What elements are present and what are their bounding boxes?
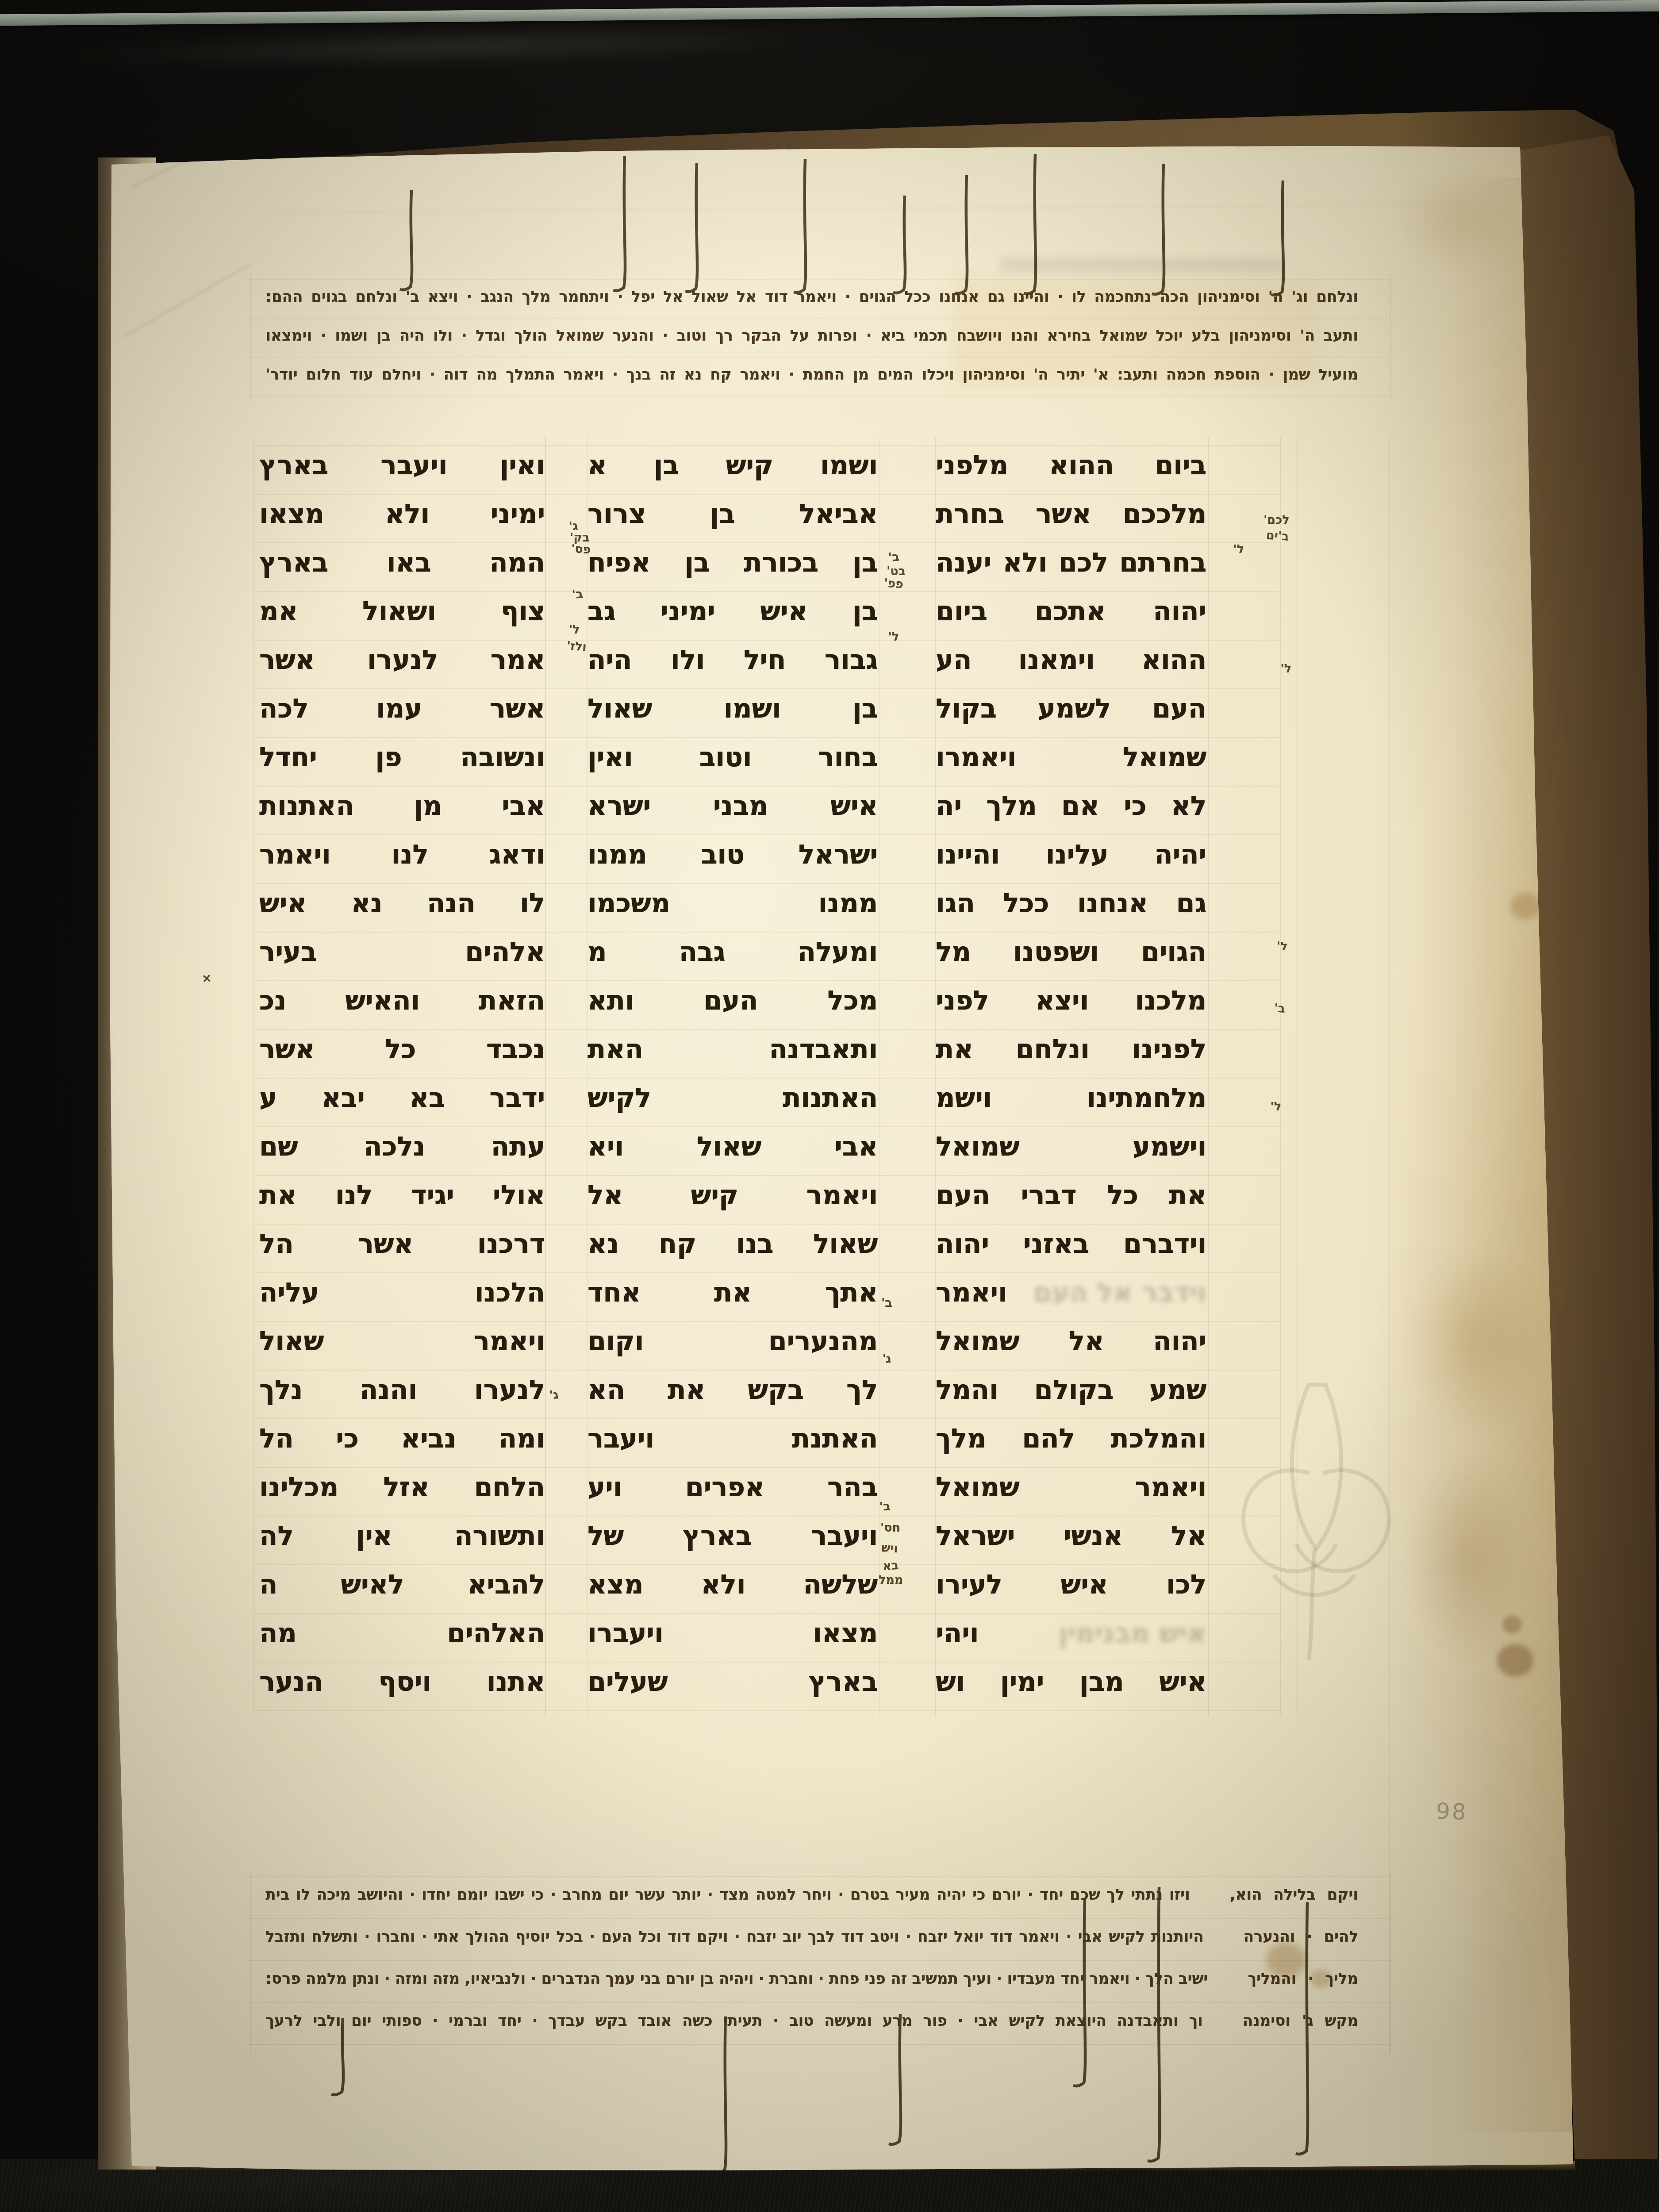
text-line: וידברםבאזנייהוה (936, 1222, 1206, 1271)
text-line: ההואוימאנוהע (936, 638, 1206, 687)
masorah-parva-gutter-right: ג' (882, 1352, 891, 1365)
masorah-parva-right-margin: ל' (1270, 1100, 1282, 1113)
manuscript-page: ונלחםוג'ה'וסימניהוןהכהנתחכמהלו·והיינוגםא… (0, 0, 1659, 2212)
text-line: והמלכתלהםמלך (936, 1417, 1206, 1465)
text-line: אבימןהאתנות (259, 784, 545, 833)
text-line: הגויםושפטנומל (936, 930, 1206, 979)
masorah-bottom-line: מקשג'וסימנהוךותאבדנההיוצאתלקישאבי·פורמרע… (265, 2004, 1358, 2046)
text-line: המהבאובארץ (259, 541, 545, 589)
text-line: צוףושאולאמ (259, 589, 545, 638)
text-line: מלככםאשרבחרת (936, 492, 1206, 541)
text-line: ויאמרקישאל (588, 1173, 878, 1222)
masorah-parva-left-margin: × (201, 972, 212, 985)
text-line: ימיניולאמצאו (259, 492, 545, 541)
text-line: שלשהולאמצא (588, 1563, 878, 1611)
text-line: ותאבדנההאת (588, 1027, 878, 1076)
text-line: ויעברבארץשל (588, 1514, 878, 1563)
text-line: יהוהאתכםביום (936, 589, 1206, 638)
masorah-parva-right-margin: ב'ים (1266, 529, 1289, 543)
masorah-parva-right-margin: ל' (1233, 543, 1244, 556)
text-line: מכלהעםותא (588, 979, 878, 1027)
text-line: וידבר אל העםויאמר (936, 1271, 1206, 1319)
text-line: אישמבןימיןוש (936, 1660, 1206, 1709)
masorah-parva-gutter-right: ב' (888, 551, 900, 564)
masorah-parva-right-margin: ב' (1274, 1002, 1286, 1015)
text-line: בןאישימיניגב (588, 589, 878, 638)
text-line: האלהיםמה (259, 1611, 545, 1660)
text-line: בארץשעלים (588, 1660, 878, 1709)
masorah-parva-right-margin: ל' (1280, 662, 1292, 675)
text-line: אלהיםבעיר (259, 930, 545, 979)
text-line: שמואלויאמרו (936, 735, 1206, 784)
text-line: אשרעמולכה (259, 687, 545, 735)
masorah-bottom-line: להים·והנערההיותנותלקישאבי·ויאמרדודיואליז… (265, 1920, 1358, 1962)
text-line: אתךאתאחד (588, 1271, 878, 1319)
text-line: איש מבנימיןויהי (936, 1611, 1206, 1660)
text-line: דרכנואשרהל (259, 1222, 545, 1271)
text-line: ממנומשכמו (588, 881, 878, 930)
text-line: האתנתויעבר (588, 1417, 878, 1465)
text-line: הזאתוהאישנכ (259, 979, 545, 1027)
masorah-segment-right: להים·והנערה (1244, 1920, 1358, 1962)
text-line: מועילשמן·הוספתחכמהותעב:א'יתירה'וסימניהון… (265, 358, 1358, 397)
masorah-bottom-line: מליך·והמליךישיבהלך·ויאמריחדמעבדיו·ועיךתמ… (265, 1962, 1358, 2004)
text-line: יהיהעלינווהיינו (936, 833, 1206, 881)
text-line: אמרלנערואשר (259, 638, 545, 687)
text-line: אתכלדבריהעם (936, 1173, 1206, 1222)
masorah-parva-gutter-left: ל' (569, 624, 580, 636)
masorah-segment-right: ויקםבלילההוא, (1230, 1878, 1358, 1920)
masorah-parva-right-margin: ל' (1277, 941, 1288, 952)
text-line: לךבקשאתהא (588, 1368, 878, 1417)
text-line: אלאנשיישראל (936, 1514, 1206, 1563)
masorah-parva-gutter-right: ל' (888, 630, 899, 643)
text-column-left: ואיןויעברבארץימיניולאמצאוהמהבאובארץצוףוש… (259, 443, 545, 1709)
text-line: ביוםההואמלפני (936, 443, 1206, 492)
text-line: בןבכורתבןאפיח (588, 541, 878, 589)
text-line: אבישאולויא (588, 1125, 878, 1173)
text-column-middle: ושמוקישבןאאביאלבןצרורבןבכורתבןאפיחבןאישי… (588, 443, 878, 1709)
masorah-parva-gutter-right: ויש (881, 1542, 898, 1555)
erased-text-ghost: וידבר אל העם (1033, 1271, 1206, 1315)
text-line: לוהנהנאאיש (259, 881, 545, 930)
text-line: מלכנוויצאלפני (936, 979, 1206, 1027)
masorah-parva-gutter-left: ג' (549, 1389, 559, 1401)
text-line: אתנוויסףהנער (259, 1660, 545, 1709)
text-line: אביאלבןצרור (588, 492, 878, 541)
text-line: בחרתםלכםולאיענה (936, 541, 1206, 589)
text-line: וישמעשמואל (936, 1125, 1206, 1173)
masorah-parva-gutter-right: פפ' (883, 577, 904, 591)
text-line: להביאלאישה (259, 1563, 545, 1611)
text-line: נכבדכלאשר (259, 1027, 545, 1076)
text-line: בחורוטובואין (588, 735, 878, 784)
masorah-parva-gutter-right: בא (882, 1559, 899, 1572)
masorah-bottom-line: ויקםבלילההוא,ויזונתתילךשכםיחד·יורםכייהיה… (265, 1878, 1358, 1920)
masorah-magna-bottom: ויקםבלילההוא,ויזונתתילךשכםיחד·יורםכייהיה… (265, 1878, 1358, 2046)
text-line: ישראלטובממנו (588, 833, 878, 881)
text-line: ודאגלנוויאמר (259, 833, 545, 881)
masorah-segment-left: ישיבהלך·ויאמריחדמעבדיו·ועיךתמשיבזהפניפחת… (265, 1962, 1208, 2004)
text-line: ומעלהגבהמ (588, 930, 878, 979)
text-line: עתהנלכהשם (259, 1125, 545, 1173)
text-line: לכואישלעירו (936, 1563, 1206, 1611)
photographed-manuscript-scene: ונלחםוג'ה'וסימניהוןהכהנתחכמהלו·והיינוגםא… (0, 0, 1659, 2212)
text-line: ואיןויעברבארץ (259, 443, 545, 492)
text-line: אולייגידלנואת (259, 1173, 545, 1222)
masorah-parva-gutter-left: ולז' (566, 640, 587, 653)
masorah-segment-left: היותנותלקישאבי·ויאמרדודיואליזבח·ויטבדודל… (265, 1920, 1204, 1962)
text-line: ויאמרשמואל (936, 1465, 1206, 1514)
masorah-segment-right: מליך·והמליך (1248, 1962, 1358, 2004)
text-line: העםלשמעבקול (936, 687, 1206, 735)
text-line: ונשובהפןיחדל (259, 735, 545, 784)
text-line: מצאוויעברו (588, 1611, 878, 1660)
text-line: שמעבקולםוהמל (936, 1368, 1206, 1417)
text-column-right: ביוםההואמלפנימלככםאשרבחרתבחרתםלכםולאיענה… (936, 443, 1206, 1709)
text-line: הלחםאזלמכלינו (259, 1465, 545, 1514)
text-line: אישמבניישרא (588, 784, 878, 833)
text-line: ומהנביאכיהל (259, 1417, 545, 1465)
masorah-parva-gutter-right: ב' (881, 1297, 892, 1309)
text-line: הלכנועליה (259, 1271, 545, 1319)
masorah-parva-gutter-right: ממל (879, 1574, 903, 1586)
folio-number: 98 (1436, 1798, 1468, 1825)
text-line: ותעבה'וסימניהוןבלעיוכלשמואלבחיראוהנוויוש… (265, 319, 1358, 358)
erased-text-ghost: איש מבנימין (1059, 1611, 1206, 1655)
text-line: בןושמושאול (588, 687, 878, 735)
text-line: ויאמרשאול (259, 1319, 545, 1368)
masorah-segment-left: וךותאבדנההיוצאתלקישאבי·פורמרעומעשהטוב·תע… (265, 2004, 1203, 2046)
masorah-parva-right-margin: לכם' (1263, 514, 1290, 526)
masorah-parva-gutter-left: פס' (571, 542, 591, 556)
text-line: מלחמתינווישמ (936, 1076, 1206, 1125)
masorah-parva-gutter-left: ב' (572, 588, 584, 601)
text-line: ושמוקישבןא (588, 443, 878, 492)
masorah-parva-gutter-right: חס' (880, 1522, 900, 1534)
text-line: שאולבנוקחנא (588, 1222, 878, 1271)
text-line: האתנותלקיש (588, 1076, 878, 1125)
text-line: יהוהאלשמואל (936, 1319, 1206, 1368)
masorah-magna-top: ונלחםוג'ה'וסימניהוןהכהנתחכמהלו·והיינוגםא… (265, 280, 1358, 397)
masorah-segment-right: מקשג'וסימנה (1243, 2004, 1358, 2046)
masorah-parva-gutter-right: ב' (879, 1500, 891, 1513)
masorah-parva-gutter-right: בט' (887, 565, 906, 577)
text-line: לאכיאםמלךיה (936, 784, 1206, 833)
text-line: מהנעריםוקום (588, 1319, 878, 1368)
text-line: ידברבאיבאע (259, 1076, 545, 1125)
text-line: גםאנחנוככלהגו (936, 881, 1206, 930)
text-line: גבורחילולוהיה (588, 638, 878, 687)
text-line: בהראפריםויע (588, 1465, 878, 1514)
text-line: ונלחםוג'ה'וסימניהוןהכהנתחכמהלו·והיינוגםא… (265, 280, 1358, 319)
masorah-segment-left: ויזונתתילךשכםיחד·יורםכייהיהמעירבטרם·ויחר… (265, 1878, 1190, 1920)
text-line: לפנינוונלחםאת (936, 1027, 1206, 1076)
text-line: ותשורהאיןלה (259, 1514, 545, 1563)
text-line: לנערווהנהנלך (259, 1368, 545, 1417)
